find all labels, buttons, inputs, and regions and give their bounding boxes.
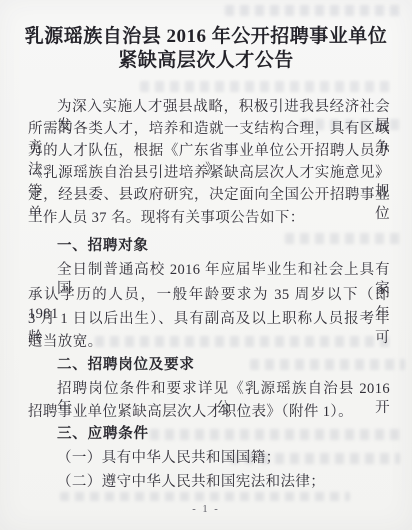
scan-bleed-artifact xyxy=(225,5,400,16)
paragraph-line: 工作人员 37 名。现将有关事项公告如下： xyxy=(28,209,390,228)
document-title-line-2: 紧缺高层次人才公告 xyxy=(0,50,412,72)
paragraph-line: （二）遵守中华人民共和国宪法和法律； xyxy=(57,473,390,492)
paragraph-line: 招聘事业单位紧缺高层次人才职位表》（附件 1）。 xyxy=(28,403,390,422)
paragraph-line: 适当放宽。 xyxy=(28,333,390,352)
scan-bleed-artifact xyxy=(140,81,390,92)
section-heading-1: 一、招聘对象 xyxy=(57,237,390,256)
document-title-line-1: 乳源瑶族自治县 2016 年公开招聘事业单位 xyxy=(0,26,412,48)
scan-bleed-artifact xyxy=(60,492,350,501)
section-heading-2: 二、招聘岗位及要求 xyxy=(57,356,390,375)
page-number: - 1 - xyxy=(0,504,412,515)
scanned-announcement-page: 乳源瑶族自治县 2016 年公开招聘事业单位 紧缺高层次人才公告 为深入实施人才… xyxy=(0,0,412,530)
paragraph-line: （一）具有中华人民共和国国籍； xyxy=(57,449,390,468)
section-heading-3: 三、应聘条件 xyxy=(57,425,390,444)
